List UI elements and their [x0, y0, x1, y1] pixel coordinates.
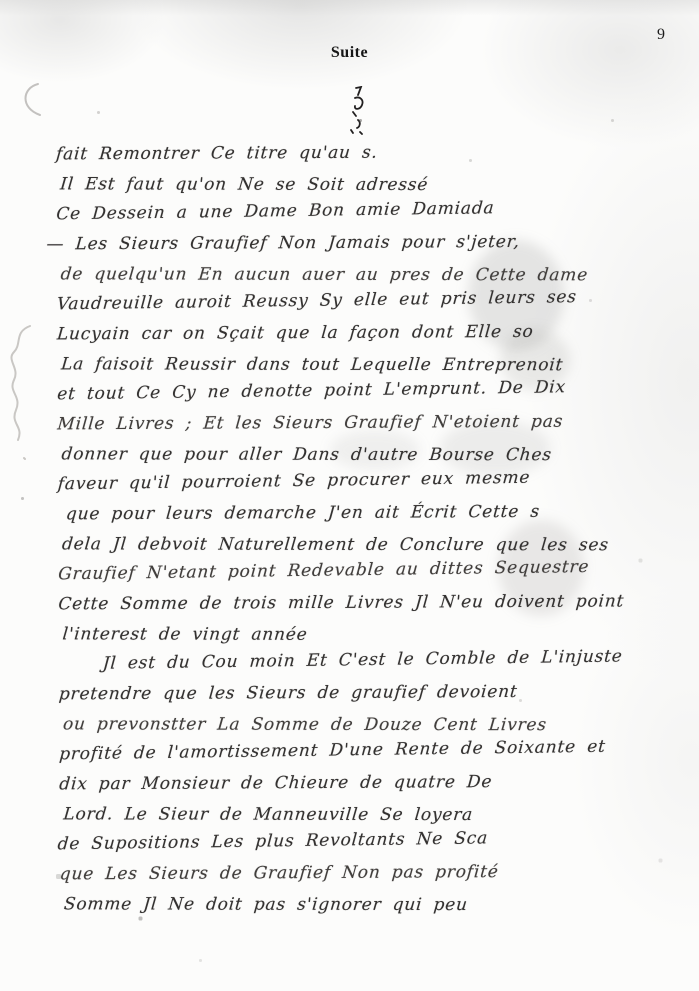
page-header-title: Suite: [0, 44, 699, 62]
manuscript-line: Graufief N'etant point Redevable au ditt…: [57, 552, 580, 589]
page-number: 9: [657, 26, 665, 44]
manuscript-line: que pour leurs demarche J'en ait Écrit C…: [65, 497, 579, 530]
manuscript-line: Jl est du Cou moin Et C'est le Comble de…: [58, 642, 581, 679]
manuscript-line: Ce Dessein a une Dame Bon amie Damiada: [55, 192, 578, 229]
manuscript-line: profité de l'amortissement D'une Rente d…: [58, 732, 581, 769]
manuscript-line: dix par Monsieur de Chieure de quatre De: [58, 767, 580, 800]
manuscript-line: que Les Sieurs de Graufief Non pas profi…: [59, 857, 581, 890]
manuscript-line: Cette Somme de trois mille Livres Jl N'e…: [57, 587, 579, 620]
manuscript-line: pretendre que les Sieurs de graufief dev…: [58, 677, 580, 710]
manuscript-line: de Supositions Les plus Revoltants Ne Sc…: [57, 822, 582, 859]
manuscript-line: Vaudreuille auroit Reussy Sy elle eut pr…: [56, 282, 579, 319]
manuscript-line: faveur qu'il pourroient Se procurer eux …: [57, 462, 580, 499]
manuscript-line: Mille Livres ; Et les Sieurs Graufief N'…: [56, 407, 578, 440]
manuscript-line: fait Remontrer Ce titre qu'au s.: [55, 137, 577, 170]
pencil-arc-mark: [14, 82, 48, 118]
ink-flourish-mark: [342, 86, 372, 138]
scan-specks: [0, 0, 1, 1]
manuscript-line: — Les Sieurs Graufief Non Jamais pour s'…: [45, 227, 577, 260]
manuscript-line: Somme Jl Ne doit pas s'ignorer qui peu: [63, 889, 581, 920]
scanned-page: 9 Suite fait Remontrer Ce titre qu'au s.…: [0, 0, 699, 991]
manuscript-line: Lucyain car on Sçait que la façon dont E…: [56, 317, 578, 350]
manuscript-text-block: fait Remontrer Ce titre qu'au s. Il Est …: [56, 137, 580, 920]
manuscript-line: et tout Ce Cy ne denotte point L'emprunt…: [56, 372, 579, 409]
margin-squiggle-mark: [4, 322, 44, 472]
